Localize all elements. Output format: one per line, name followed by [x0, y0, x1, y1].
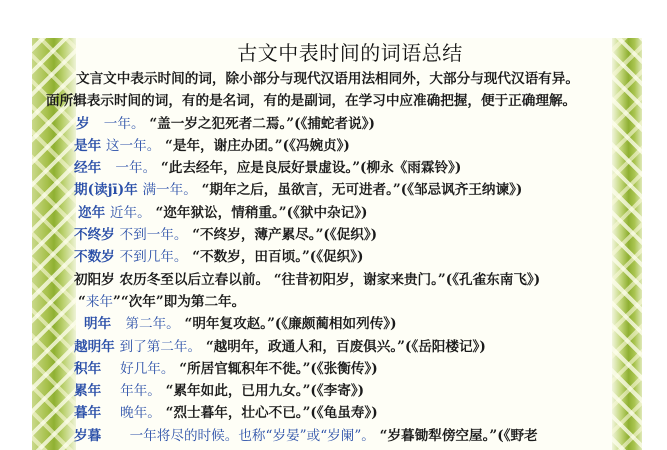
quote-separator: ”“ [113, 294, 129, 310]
document-body: 文言文中表示时间的词，除小部分与现代汉语用法相同外，大部分与现代汉语有异。 面所… [40, 68, 640, 447]
entry-term: 岁暮 [74, 428, 101, 444]
entry-row: 积年 好几年。 “所居官辄积年不徙。”(《张衡传》) [40, 358, 640, 380]
entry-term: 积年 [74, 361, 101, 377]
term-laينian: 来年 [86, 294, 113, 310]
document-title: 古文中表时间的词语总结 [0, 40, 667, 66]
entry-quote: “期年之后，虽欲言，无可进者。”(《邹忌讽齐王纳谏》) [202, 182, 523, 198]
entry-gloss: 一年。 [115, 160, 156, 176]
entry-quote: “越明年，政通人和，百废俱兴。”(《岳阳楼记》) [206, 339, 486, 355]
entry-row-note: “来年”“次年”即为第二年。 [40, 291, 640, 313]
entry-row: 经年 一年。 “此去经年，应是良辰好景虚设。”(柳永《雨霖铃》) [40, 157, 640, 179]
entry-gloss: 满一年。 [142, 182, 196, 198]
intro-line-1: 文言文中表示时间的词，除小部分与现代汉语用法相同外，大部分与现代汉语有异。 [40, 68, 640, 90]
entry-row: 初阳岁 农历冬至以后立春以前。 “往昔初阳岁，谢家来贵门。”(《孔雀东南飞》) [40, 269, 640, 291]
entry-gloss: 好几年。 [120, 361, 174, 377]
entry-quote: “所居官辄积年不徙。”(《张衡传》) [179, 361, 377, 377]
entry-quote: “烈士暮年，壮心不已。”(《龟虽寿》) [166, 405, 378, 421]
entry-quote: “不终岁，薄产累尽。”(《促织》) [192, 227, 377, 243]
entry-term: 累年 [74, 383, 101, 399]
intro-line-2: 面所辑表示时间的词，有的是名词，有的是副词，在学习中应准确把握，便于正确理解。 [46, 90, 640, 112]
entry-row: 期(读jī)年 满一年。 “期年之后，虽欲言，无可进者。”(《邹忌讽齐王纳谏》) [40, 179, 640, 201]
entry-quote: “明年复攻赵。”(《廉颇蔺相如列传》) [185, 316, 397, 332]
entry-quote: “盖一岁之犯死者二焉。”(《捕蛇者说》) [149, 116, 375, 132]
entry-row: 不数岁 不到几年。 “不数岁，田百顷。”(《促织》) [40, 246, 640, 268]
entry-quote: “岁暮锄犁傍空屋。”(《野老 [380, 428, 538, 444]
entry-term: 期(读jī)年 [74, 182, 138, 198]
open-quote: “ [78, 294, 86, 310]
entry-quote: “是年，谢庄办团。”(《冯婉贞》) [165, 138, 350, 154]
entry-gloss: 农历冬至以后立春以前。 [120, 272, 270, 288]
entry-term: 不数岁 [74, 249, 115, 265]
entry-quote: “不数岁，田百顷。”(《促织》) [192, 249, 363, 265]
entry-row: 越明年 到了第二年。 “越明年，政通人和，百废俱兴。”(《岳阳楼记》) [40, 336, 640, 358]
entry-gloss: 这一年。 [106, 138, 160, 154]
entry-quote: “此去经年，应是良辰好景虚设。”(柳永《雨霖铃》) [161, 160, 461, 176]
entry-gloss: 年年。 [120, 383, 161, 399]
entry-row: 累年 年年。 “累年如此，已用九女。”(《李寄》) [40, 380, 640, 402]
entry-row: 明年 第二年。 “明年复攻赵。”(《廉颇蔺相如列传》) [40, 313, 640, 335]
entry-gloss: 近年。 [110, 205, 151, 221]
entry-term: 岁 [76, 116, 90, 132]
entry-gloss: 第二年。 [125, 316, 179, 332]
entry-quote: “累年如此，已用九女。”(《李寄》) [166, 383, 364, 399]
entry-term: 经年 [74, 160, 101, 176]
entry-gloss: 一年将尽的时候。也称“岁晏”或“岁阑”。 [130, 428, 375, 444]
entry-row: 暮年 晚年。 “烈士暮年，壮心不已。”(《龟虽寿》) [40, 402, 640, 424]
entry-term: 明年 [84, 316, 111, 332]
entry-gloss: 到了第二年。 [120, 339, 202, 355]
entry-gloss: 不到一年。 [120, 227, 188, 243]
term-cinian: 次年 [129, 294, 156, 310]
entry-row: 迩年 近年。 “迩年狱讼，情稍重。”(《狱中杂记》) [40, 202, 640, 224]
entry-row: 是年 这一年。 “是年，谢庄办团。”(《冯婉贞》) [40, 135, 640, 157]
entry-row: 岁 一年。 “盖一岁之犯死者二焉。”(《捕蛇者说》) [40, 113, 640, 135]
entry-quote: “迩年狱讼，情稍重。”(《狱中杂记》) [155, 205, 367, 221]
entry-term: 暮年 [74, 405, 101, 421]
entry-term: 初阳岁 [74, 272, 115, 288]
entry-term: 是年 [74, 138, 101, 154]
entry-gloss: 一年。 [104, 116, 145, 132]
entry-term: 不终岁 [74, 227, 115, 243]
entry-row: 不终岁 不到一年。 “不终岁，薄产累尽。”(《促织》) [40, 224, 640, 246]
entry-term: 迩年 [78, 205, 105, 221]
entry-quote: “往昔初阳岁，谢家来贵门。”(《孔雀东南飞》) [274, 272, 540, 288]
entry-row: 岁暮 一年将尽的时候。也称“岁晏”或“岁阑”。 “岁暮锄犁傍空屋。”(《野老 [40, 425, 640, 447]
entry-gloss: 不到几年。 [120, 249, 188, 265]
entry-term: 越明年 [74, 339, 115, 355]
note-rest: ”即为第二年。 [156, 294, 245, 310]
entry-gloss: 晚年。 [120, 405, 161, 421]
